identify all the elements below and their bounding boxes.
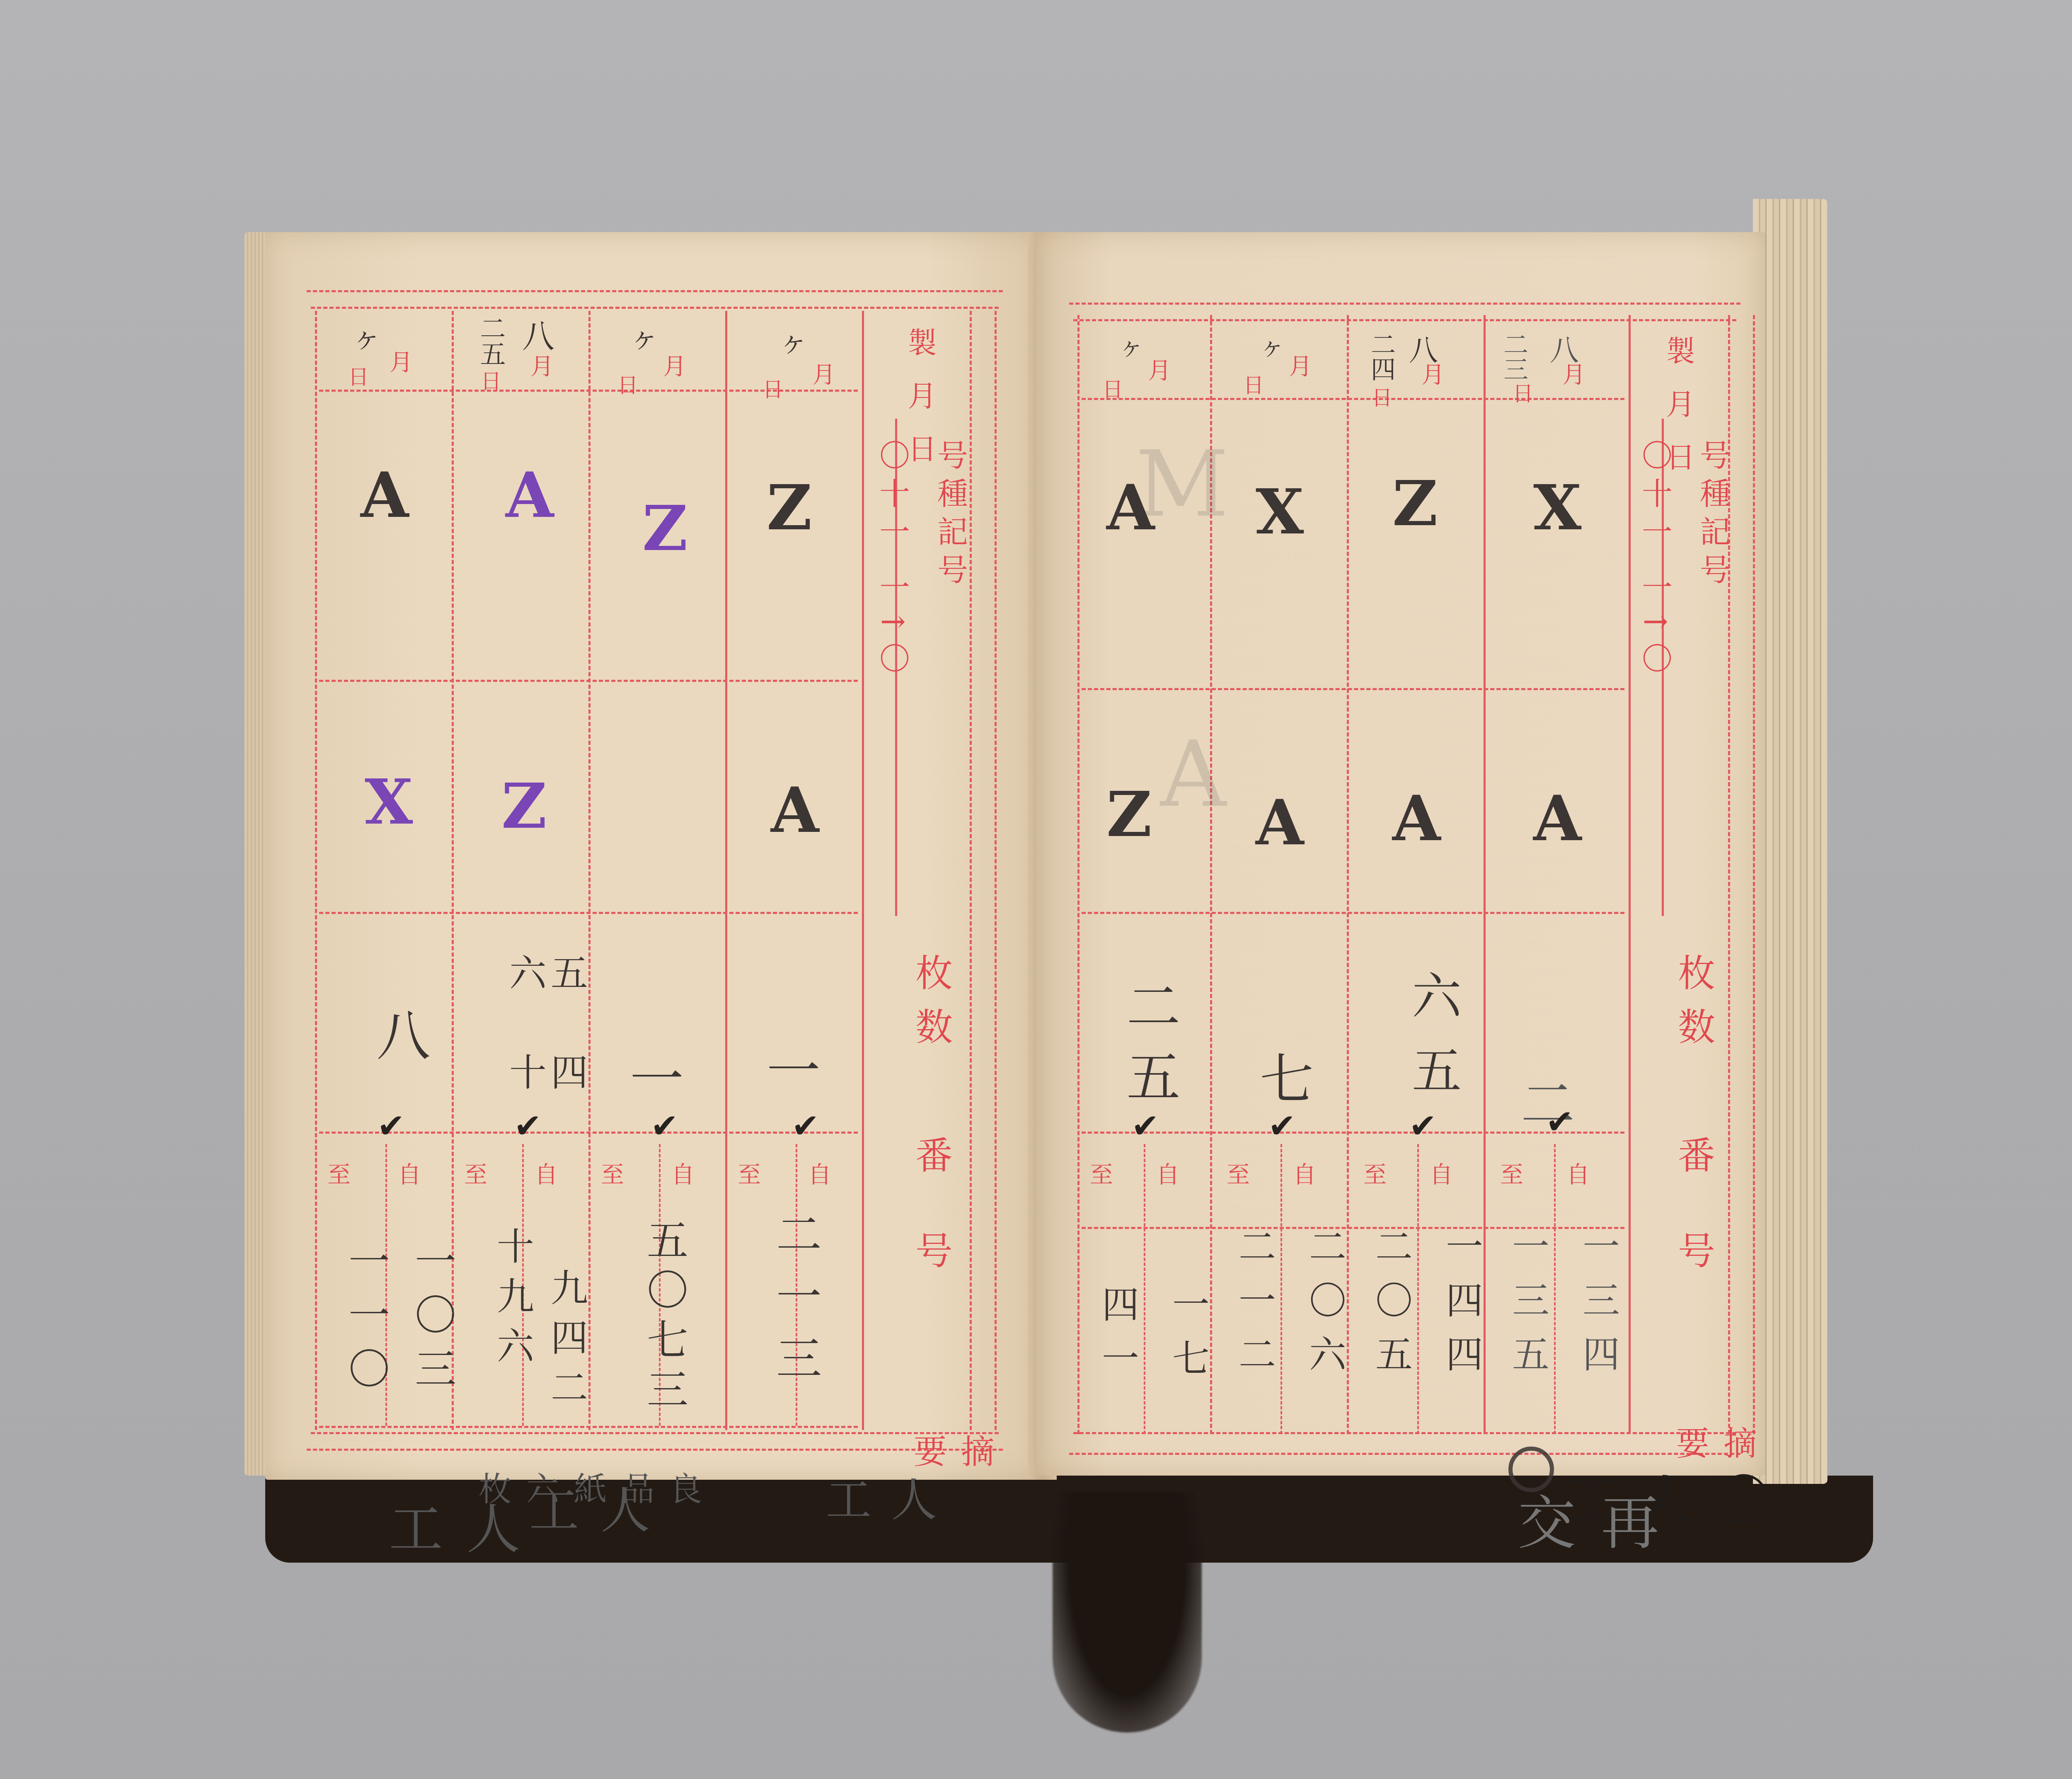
type-code-stamp: A (1392, 788, 1440, 850)
header-serial-label: 番号 (1666, 1136, 1720, 1326)
check-mark-icon: ✔ (1131, 1107, 1159, 1145)
type-code-stamp: Z (1392, 473, 1438, 535)
serial-to: 二一二 (1227, 1227, 1280, 1389)
serial-to: 二〇五 (1363, 1227, 1417, 1389)
date-month: ヶ (1119, 327, 1144, 363)
sheet-count: 一 (630, 1036, 684, 1114)
remarks-note: 良品紙六枚 (468, 1471, 707, 1507)
date-day: 二四 (1363, 332, 1399, 381)
header-count-label: 枚数 (1666, 953, 1720, 1061)
header-code-label: 号種記号 (928, 439, 972, 592)
check-mark-icon: ✔ (377, 1107, 405, 1145)
header-code-range: 〇十一 一↑〇 (870, 439, 914, 681)
sheet-count: 一 (767, 1028, 821, 1105)
remarks-pencil: 再交 (1500, 1492, 1667, 1563)
date-day: 二五 (472, 315, 509, 366)
date-month: ヶ (779, 319, 808, 361)
spine-shadow (1053, 1492, 1202, 1733)
serial-from: 一三四 (1571, 1227, 1624, 1389)
serial-from: 一〇三 (402, 1239, 462, 1401)
check-mark-icon: ✔ (1546, 1103, 1573, 1141)
date-day: 二三 (1496, 332, 1532, 381)
check-mark-icon: ✔ (514, 1107, 542, 1145)
left-page: 製 月 日 号種記号 〇十一 一↑〇 枚数 番号 摘要 ヶ 月 日 A X (265, 232, 1044, 1480)
type-code-stamp: A (1533, 788, 1581, 850)
date-month: ヶ (352, 315, 381, 357)
header-serial-label: 番号 (903, 1136, 957, 1326)
header-count-label: 枚数 (903, 953, 957, 1061)
type-code-stamp: A (1106, 477, 1155, 539)
serial-from: 九四二 (539, 1268, 593, 1418)
type-code-stamp: A (771, 779, 819, 841)
serial-from: 二〇六 (1297, 1227, 1351, 1389)
sheet-count: 七 (1260, 1036, 1314, 1114)
type-code-stamp: Z (642, 497, 688, 560)
type-code-stamp: X (1256, 481, 1304, 543)
type-code-stamp: Z (767, 477, 812, 539)
serial-to: 一三五 (1500, 1227, 1554, 1389)
header-code-range: 〇十一 一↑〇 (1633, 439, 1677, 681)
type-code-stamp: A (1256, 792, 1304, 854)
type-code-stamp: Z (1106, 783, 1152, 846)
sheet-count: 六五 (1397, 970, 1468, 1119)
remarks: 人工 (373, 1500, 528, 1563)
check-mark-icon: ✔ (1268, 1107, 1296, 1145)
sheet-count: 八 (361, 1007, 438, 1061)
type-code-stamp: A (506, 464, 554, 526)
serial-to: 五〇七三 (634, 1219, 694, 1418)
serial-from: 一四四 (1434, 1227, 1488, 1389)
check-mark-icon: ✔ (792, 1107, 819, 1145)
date-month: ヶ (630, 315, 659, 357)
type-code-stamp: A (361, 464, 409, 526)
header-code-label: 号種記号 (1691, 439, 1735, 592)
serial-to: 二一三 (762, 1210, 828, 1397)
header-remarks-label: 摘要 (1666, 1426, 1761, 1476)
serial-to: 十九六 (485, 1227, 539, 1376)
type-code-stamp: X (365, 771, 413, 833)
date-month: ヶ (1260, 327, 1285, 363)
right-page: 製 月 日 号種記号 〇十一 一↑〇 枚数 番号 摘要 M A ヶ 月 日 A … (1036, 232, 1765, 1476)
serial-from: 一七 (1160, 1285, 1214, 1393)
faint-pencil-mark: A (1160, 721, 1226, 827)
check-mark-icon: ✔ (1409, 1107, 1437, 1145)
photo-background: 製 月 日 号種記号 〇十一 一↑〇 枚数 番号 摘要 ヶ 月 日 A X (0, 0, 2072, 1779)
type-code-stamp: Z (501, 775, 547, 837)
serial-to: 一一〇 (336, 1239, 395, 1401)
check-mark-icon: ✔ (651, 1107, 678, 1145)
remarks: 人工 (812, 1476, 943, 1529)
sheet-count: 二五 (1111, 978, 1188, 1119)
type-code-stamp: X (1533, 477, 1581, 539)
serial-to: 四一 (1090, 1285, 1144, 1393)
